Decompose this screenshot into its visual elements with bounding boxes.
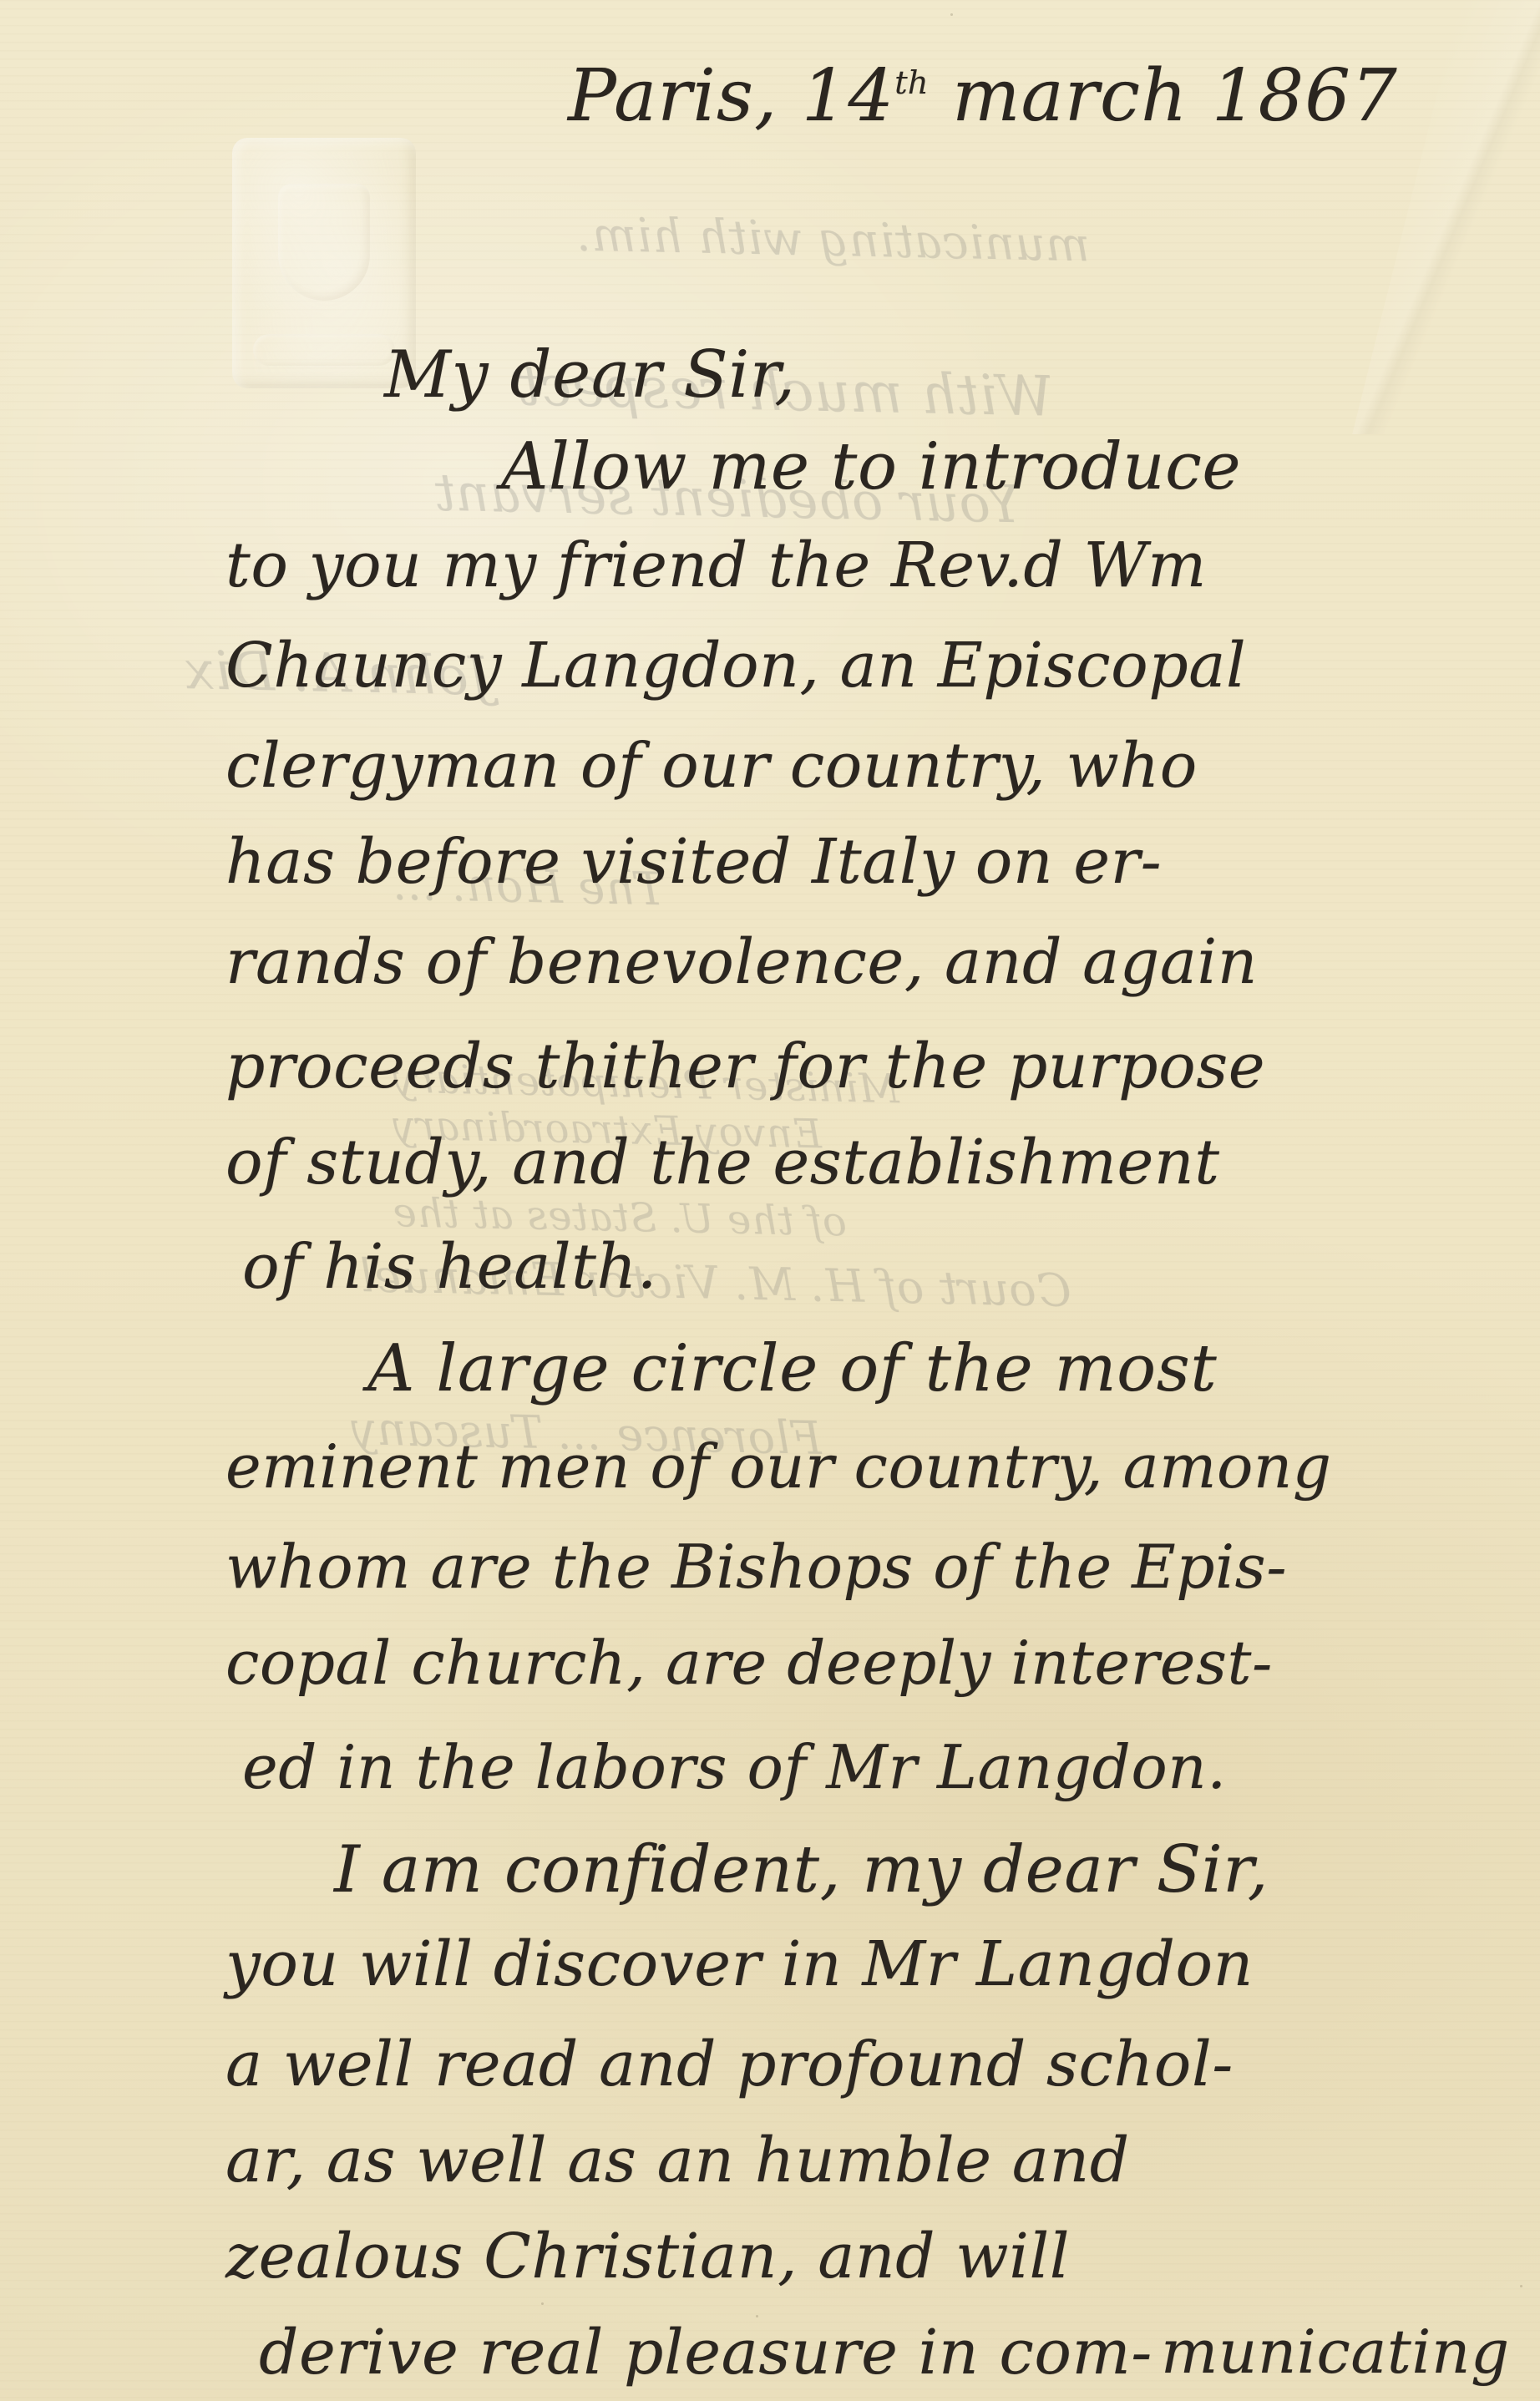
letter-line: a well read and profound schol-	[225, 2034, 1234, 2095]
letter-line: proceeds thither for the purpose	[225, 1036, 1265, 1097]
letter-line: eminent men of our country, among	[225, 1436, 1332, 1497]
paper-speck	[1520, 2285, 1522, 2287]
letter-line: you will discover in Mr Langdon	[225, 1933, 1254, 1995]
letter-line: A large circle of the most	[367, 1336, 1217, 1401]
letter-line: rands of benevolence, and again	[225, 931, 1258, 993]
date-month: march	[952, 54, 1188, 138]
letter-line: copal church, are deeply interest-	[225, 1633, 1273, 1693]
date-day-suffix: th	[894, 64, 928, 102]
letter-line: Chauncy Langdon, an Episcopal	[225, 635, 1246, 696]
letter-date: Paris, 14th march 1867	[568, 60, 1398, 132]
letter-line: to you my friend the Rev.d Wm	[225, 534, 1207, 596]
letter-line: I am confident, my dear Sir,	[334, 1837, 1269, 1902]
paper-speck	[541, 2302, 544, 2305]
date-place: Paris,	[568, 54, 778, 138]
letter-line-last: municating	[1161, 2322, 1510, 2382]
letter-line: Allow me to introduce	[501, 434, 1241, 499]
paper-speck	[756, 2315, 758, 2317]
letter-line: whom are the Bishops of the Epis-	[225, 1537, 1287, 1597]
letter-line: ar, as well as an humble and	[225, 2130, 1130, 2191]
letter-line: clergyman of our country, who	[225, 735, 1198, 797]
paper-speck	[950, 13, 953, 16]
letter-line: ed in the labors of Mr Langdon.	[242, 1737, 1227, 1797]
letter-line: of his health.	[242, 1236, 657, 1298]
letter-line: zealous Christian, and will	[225, 2226, 1070, 2287]
letter-line: has before visited Italy on er-	[225, 831, 1162, 893]
date-year: 1867	[1212, 54, 1398, 138]
date-day: 14	[802, 54, 894, 138]
letter-line: of study, and the establishment	[225, 1132, 1220, 1193]
salutation: My dear Sir,	[384, 342, 796, 408]
letter-line: derive real pleasure in com-	[259, 2322, 1152, 2383]
